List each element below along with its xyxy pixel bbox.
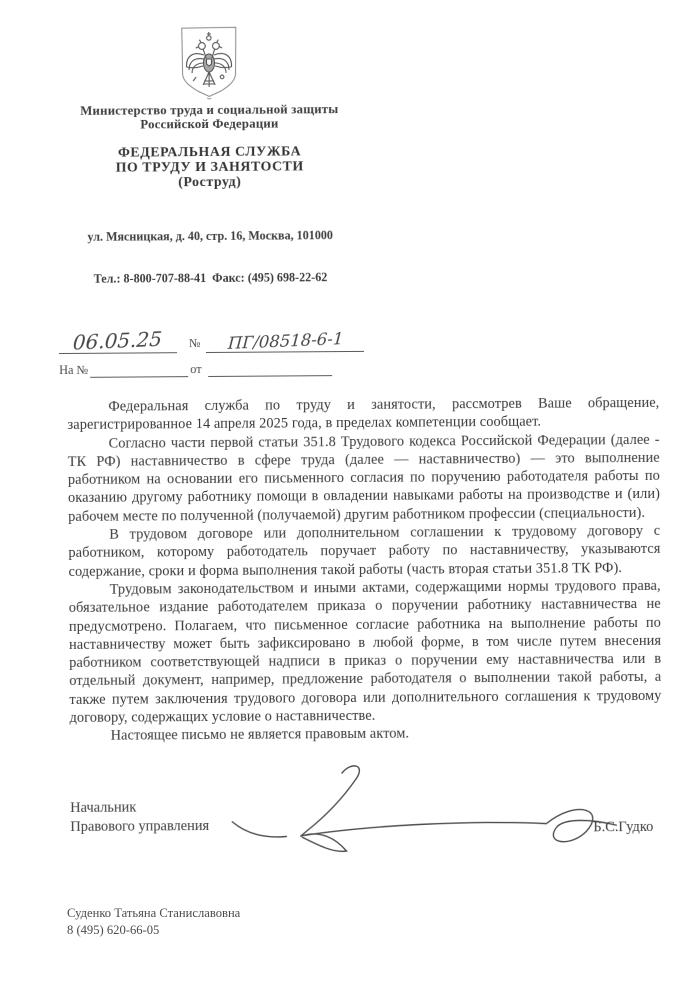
incoming-label: На № [59,363,88,378]
paragraph-contract: В трудовом договоре или дополнительном с… [68,522,660,581]
ministry-name: Министерство труда и социальной защиты Р… [0,102,421,133]
agency-name: ФЕДЕРАЛЬНАЯ СЛУЖБА ПО ТРУДУ И ЗАНЯТОСТИ … [0,142,422,190]
executor-name: Суденко Татьяна Станиславовна [67,905,240,922]
ministry-line-2: Российской Федерации [0,116,421,133]
incoming-row: На № от [59,361,369,378]
incoming-date-blank [208,375,332,377]
paragraph-definition: Согласно части первой статьи 351.8 Трудо… [68,430,661,526]
signer-position: Начальник Правового управления [70,798,209,838]
handwritten-date: 06.05.25 [73,327,163,355]
russia-coat-of-arms-icon [177,25,242,99]
letter-content: Министерство труда и социальной защиты Р… [0,0,700,983]
incoming-number-blank [90,376,188,378]
date-number-row: 06.05.25 № ПГ/08518-6-1 [59,324,369,354]
executor-phone: 8 (495) 620-66-05 [67,922,240,939]
signer-position-line2: Правового управления [70,817,209,837]
contact-info: ул. Мясницкая, д. 40, стр. 16, Москва, 1… [0,201,423,314]
signature-block: Начальник Правового управления Б.С.Гудко [2,768,700,878]
signer-name: Б.С.Гудко [593,819,653,836]
agency-line-3: (Роструд) [0,172,422,190]
paragraph-consent: Трудовым законодательством и иными актам… [69,577,662,728]
handwritten-number: ПГ/08518-6-1 [227,329,344,353]
paragraph-disclaimer: Настоящее письмо не является правовым ак… [70,723,662,745]
date-field: 06.05.25 [59,328,177,354]
from-label: от [190,362,201,377]
letter-body: Федеральная служба по труду и занятости,… [67,394,661,746]
address-line: ул. Мясницкая, д. 40, стр. 16, Москва, 1… [0,229,422,246]
signer-position-line1: Начальник [70,798,209,818]
number-sign: № [189,336,201,351]
letterhead: Министерство труда и социальной защиты Р… [0,0,423,314]
handwritten-signature-icon [224,757,625,870]
outgoing-number-field: ПГ/08518-6-1 [206,331,364,353]
phone-fax-line: Тел.: 8-800-707-88-41 Факс: (495) 698-22… [0,270,423,287]
scanned-letter-page: Министерство труда и социальной защиты Р… [0,0,700,983]
reference-block: 06.05.25 № ПГ/08518-6-1 На № от [59,324,369,378]
paragraph-intro: Федеральная служба по труду и занятости,… [67,394,659,435]
executor-info: Суденко Татьяна Станиславовна 8 (495) 62… [67,905,240,938]
